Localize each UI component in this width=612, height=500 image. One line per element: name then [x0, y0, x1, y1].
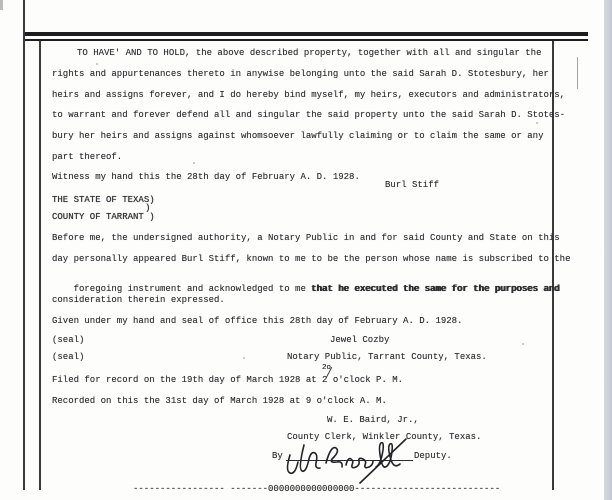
given-clause: Given under my hand and seal of office t…: [52, 316, 462, 326]
left-inner-rule: [39, 41, 41, 490]
venue-state: THE STATE OF TEXAS): [52, 195, 155, 205]
habendum-line: heirs and assigns forever, and I do here…: [52, 90, 565, 100]
scan-edge-strip: [604, 0, 612, 500]
top-rule-thick: [24, 32, 588, 36]
page-divider: ----------------- -------000000000000000…: [133, 484, 500, 494]
filed-stamp: Filed for record on the 19th day of Marc…: [52, 375, 403, 385]
acknowledgment-overtyped-text: that he executed the same for the purpos…: [311, 284, 559, 294]
scanned-deed-page: TO HAVE' AND TO HOLD, the above describe…: [0, 0, 612, 500]
habendum-line: bury her heirs and assigns against whoms…: [52, 131, 543, 141]
recorded-stamp: Recorded on this the 31st day of March 1…: [52, 396, 387, 406]
scan-speck: [0, 0, 3, 10]
top-rule-thin: [24, 39, 588, 41]
scan-speck: [522, 343, 524, 345]
venue-county: COUNTY OF TARRANT ): [52, 212, 155, 222]
witness-clause: Witness my hand this the 28th day of Feb…: [52, 172, 360, 182]
seal-annotation: (seal): [52, 352, 84, 362]
scan-speck: [193, 162, 195, 164]
acknowledgment-line: Before me, the undersigned authority, a …: [52, 233, 560, 243]
acknowledgment-text: foregoing instrument and acknowledged to…: [74, 284, 312, 294]
habendum-line: to warrant and forever defend all and si…: [52, 110, 565, 120]
grantor-signature: Burl Stiff: [385, 180, 439, 190]
habendum-line: rights and appurtenances thereto in anyw…: [52, 69, 549, 79]
scan-speck: [536, 122, 538, 124]
habendum-line: part thereof.: [52, 152, 122, 162]
left-outer-rule: [23, 0, 25, 490]
acknowledgment-line: day personally appeared Burl Stiff, know…: [52, 254, 570, 264]
right-rule: [552, 41, 554, 490]
scan-artifact-rule: [577, 57, 578, 89]
habendum-line: TO HAVE' AND TO HOLD, the above describe…: [77, 48, 541, 58]
acknowledgment-line: consideration therein expressed.: [52, 295, 225, 305]
deputy-signature-handwriting: [268, 433, 433, 485]
notary-name: Jewel Cozby: [330, 335, 389, 345]
seal-annotation: (seal): [52, 335, 84, 345]
scan-speck: [243, 357, 245, 359]
county-clerk-name: W. E. Baird, Jr.,: [327, 415, 419, 425]
notary-title: Notary Public, Tarrant County, Texas.: [287, 352, 487, 362]
scan-speck: [96, 63, 98, 65]
